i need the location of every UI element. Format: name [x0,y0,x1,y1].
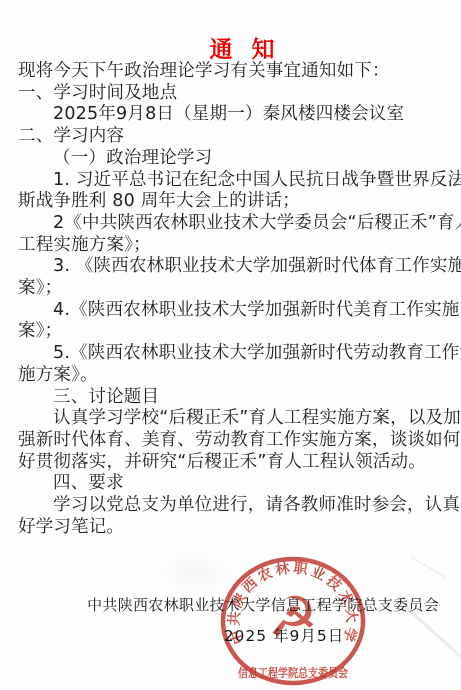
scan-artifact [410,556,446,578]
page-title: 通 知 [12,31,461,64]
notice-line: 二、学习内容 [18,126,448,148]
notice-line: 3. 《陕西农林职业技术大学加强新时代体育工作实施方 [18,256,448,278]
notice-line: 案》； [18,278,448,300]
notice-line: 好贯彻落实，并研究“后稷正禾”育人工程认领活动。 [18,452,448,474]
notice-line: 1. 习近平总书记在纪念中国人民抗日战争暨世界反法西 [18,170,448,192]
notice-line: 一、学习时间及地点 [18,83,448,105]
notice-line: 四、要求 [18,473,448,495]
notice-line: 案》； [18,321,448,343]
notice-line: 4.《陕西农林职业技术大学加强新时代美育工作实施方 [18,300,448,322]
notice-line: 三、讨论题目 [18,387,448,409]
seal-bottom-text: 信息工程学院总支委员会 [238,665,348,680]
notice-line: 5.《陕西农林职业技术大学加强新时代劳动教育工作实 [18,343,448,365]
notice-line: 认真学习学校“后稷正禾”育人工程实施方案，以及加 [18,408,448,430]
notice-line: （一）政治理论学习 [18,148,448,170]
notice-body: 现将今天下午政治理论学习有关事宜通知如下：一、学习时间及地点2025年9月8日（… [18,61,448,538]
notice-line: 工程实施方案》； [18,235,448,257]
date: 2025 年9月5日 [194,624,374,646]
official-seal-graphic: 中共陕西农林职业技术大学 ☭ 信息工程学院总支委员会 [218,554,368,688]
notice-line: 学习以党总支为单位进行，请各教师准时参会，认真做 [18,495,448,517]
notice-document: 通 知 现将今天下午政治理论学习有关事宜通知如下：一、学习时间及地点2025年9… [0,0,461,690]
notice-line: 好学习笔记。 [18,517,448,539]
notice-line: 强新时代体育、美育、劳动教育工作实施方案，谈谈如何抓 [18,430,448,452]
notice-line: 斯战争胜利 80 周年大会上的讲话； [18,191,448,213]
notice-line: 2《中共陕西农林职业技术大学委员会“后稷正禾”育人 [18,213,448,235]
notice-line: 现将今天下午政治理论学习有关事宜通知如下： [18,61,448,83]
signature: 中共陕西农林职业技术大学信息工程学院总支委员会 [0,594,439,615]
notice-line: 2025年9月8日（星期一）秦风楼四楼会议室 [18,104,448,126]
notice-line: 施方案》。 [18,365,448,387]
official-seal: 中共陕西农林职业技术大学 ☭ 信息工程学院总支委员会 [218,554,368,688]
